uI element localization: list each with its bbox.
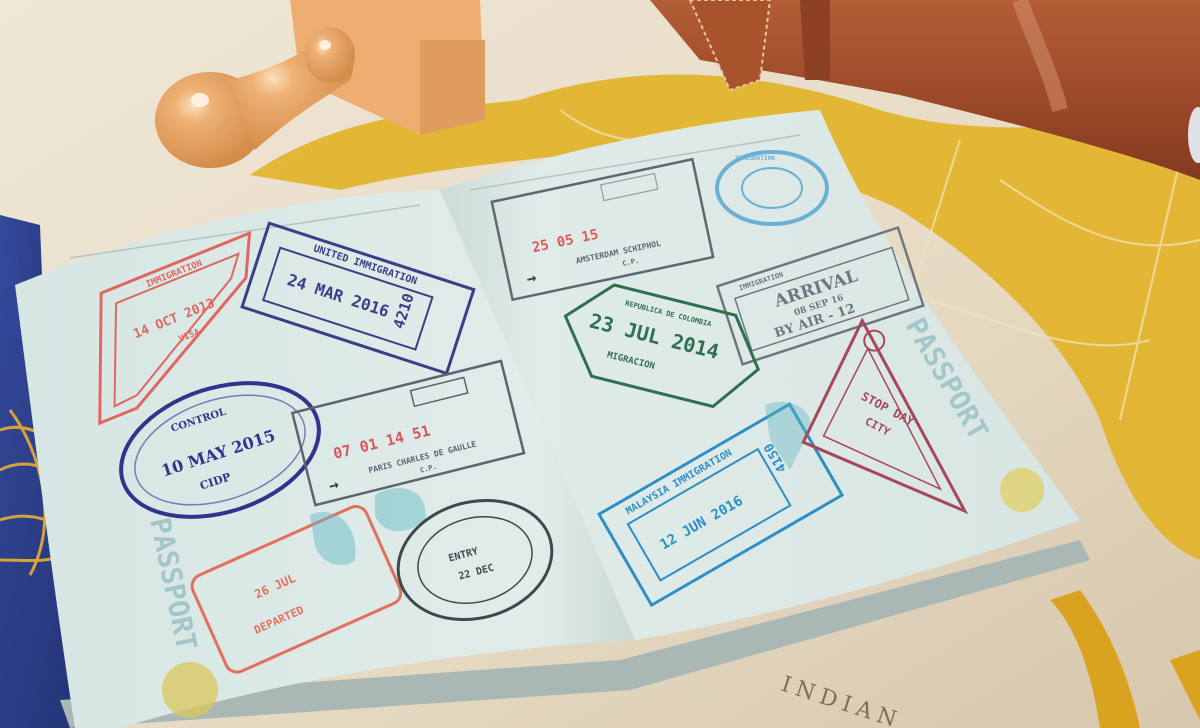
photo-scene: INDIAN <box>0 0 1200 728</box>
hologram-seal-right <box>1000 468 1044 512</box>
hologram-seal-left <box>162 662 218 718</box>
leather-buckle-strap <box>800 0 830 80</box>
svg-text:IMMIGRATION: IMMIGRATION <box>735 155 775 162</box>
passport-photo: INDIAN <box>0 0 1200 728</box>
